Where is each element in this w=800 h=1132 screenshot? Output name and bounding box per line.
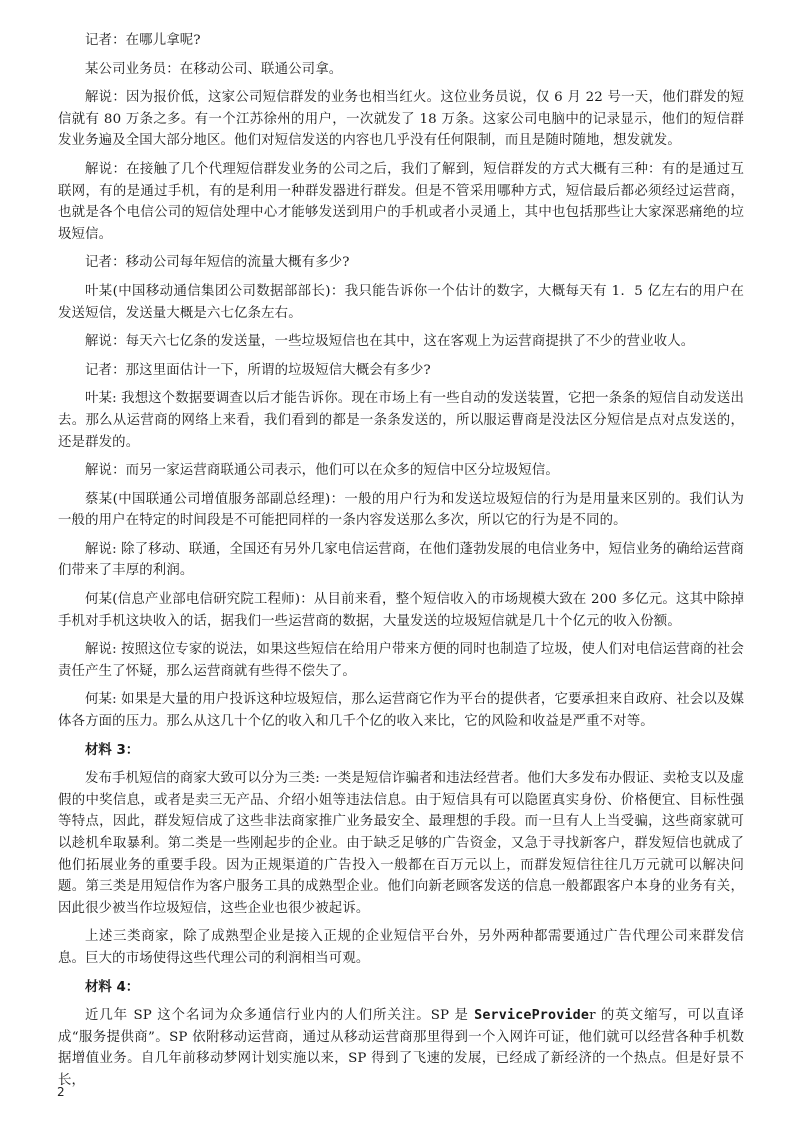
paragraph-commentary-1: 解说：因为报价低，这家公司短信群发的业务也相当红火。这位业务员说，仅 6 月 2… (58, 87, 744, 152)
section-heading-material-4: 材料 4： (58, 977, 744, 999)
paragraph-commentary-5: 解说: 除了移动、联通，全国还有另外几家电信运营商，在他们蓬勃发展的电信业务中，… (58, 539, 744, 582)
paragraph-reporter-question-2: 记者：移动公司每年短信的流量大概有多少? (58, 252, 744, 274)
paragraph-reporter-question-1: 记者：在哪儿拿呢? (58, 30, 744, 52)
service-provider-term: ServiceProvide (474, 1008, 589, 1023)
paragraph-material-3-body-1: 发布手机短信的商家大致可以分为三类: 一类是短信诈骗者和违法经营者。他们大多发布… (58, 768, 744, 919)
sp-intro-text: 近几年 SP 这个名词为众多通信行业内的人们所关注。SP 是 (85, 1008, 474, 1023)
paragraph-ye-answer-1: 叶某(中国移动通信集团公司数据部部长)：我只能告诉你一个估计的数字，大概每天有 … (58, 281, 744, 324)
paragraph-material-3-body-2: 上述三类商家，除了成熟型企业是接入正规的企业短信平台外，另外两种都需要通过广告代… (58, 926, 744, 969)
paragraph-ye-answer-2: 叶某: 我想这个数据要调查以后才能告诉你。现在市场上有一些自动的发送装置，它把一… (58, 388, 744, 453)
page-number: 2 (57, 1085, 65, 1099)
paragraph-commentary-2: 解说：在接触了几个代理短信群发业务的公司之后，我们了解到，短信群发的方式大概有三… (58, 159, 744, 245)
paragraph-cai-answer: 蔡某(中国联通公司增值服务部副总经理)：一般的用户行为和发送垃圾短信的行为是用量… (58, 489, 744, 532)
paragraph-he-answer-1: 何某(信息产业部电信研究院工程师)：从目前来看，整个短信收入的市场规模大致在 2… (58, 589, 744, 632)
paragraph-commentary-3: 解说：每天六七亿条的发送量，一些垃圾短信也在其中，这在客观上为运营商提拱了不少的… (58, 331, 744, 353)
paragraph-reporter-question-3: 记者：那这里面估计一下，所谓的垃圾短信大概会有多少? (58, 360, 744, 382)
paragraph-commentary-4: 解说：而另一家运营商联通公司表示，他们可以在众多的短信中区分垃圾短信。 (58, 460, 744, 482)
paragraph-salesman-answer: 某公司业务员：在移动公司、联通公司拿。 (58, 59, 744, 81)
section-heading-material-3: 材料 3： (58, 740, 744, 762)
paragraph-material-4-body: 近几年 SP 这个名词为众多通信行业内的人们所关注。SP 是 ServicePr… (58, 1005, 744, 1091)
paragraph-he-answer-2: 何某: 如果是大量的用户投诉这种垃圾短信，那么运营商它作为平台的提供者，它要承担… (58, 689, 744, 732)
paragraph-commentary-6: 解说: 按照这位专家的说法，如果这些短信在给用户带来方便的同时也制造了垃圾，使人… (58, 639, 744, 682)
document-page: 记者：在哪儿拿呢? 某公司业务员：在移动公司、联通公司拿。 解说：因为报价低，这… (58, 30, 744, 1099)
